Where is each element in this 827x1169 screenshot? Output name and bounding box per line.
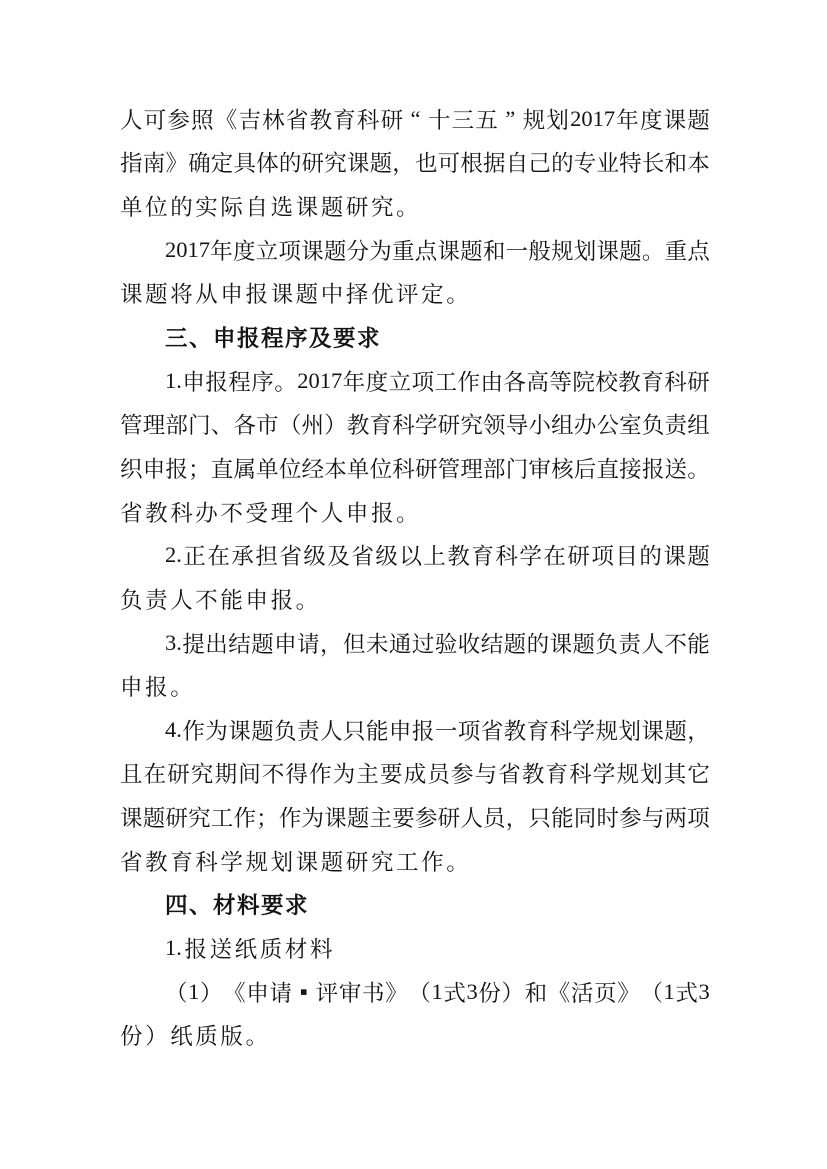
section-heading: 四、材料要求 — [120, 883, 710, 927]
text-line: 三、申报程序及要求 — [120, 315, 710, 359]
text-line: 管理部门、各市（州）教育科学研究领导小组办公室负责组 — [120, 402, 710, 446]
text-line: 单位的实际自选课题研究。 — [120, 184, 710, 228]
text-line: 省教科办不受理个人申报。 — [120, 490, 710, 534]
text-line: 3.提出结题申请，但未通过验收结题的课题负责人不能 — [120, 621, 710, 665]
text-line: 份）纸质版。 — [120, 1013, 710, 1057]
paragraph: 1.报送纸质材料 — [120, 926, 710, 970]
document-page-content: 人可参照《吉林省教育科研“十三五”规划2017年度课题指南》确定具体的研究课题，… — [120, 97, 710, 1057]
text-line: 课题将从申报课题中择优评定。 — [120, 272, 710, 316]
paragraph: 2.正在承担省级及省级以上教育科学在研项目的课题负责人不能申报。 — [120, 533, 710, 620]
text-line: 2.正在承担省级及省级以上教育科学在研项目的课题 — [120, 533, 710, 577]
paragraph: 2017年度立项课题分为重点课题和一般规划课题。重点课题将从申报课题中择优评定。 — [120, 228, 710, 315]
text-line: 且在研究期间不得作为主要成员参与省教育科学规划其它 — [120, 752, 710, 796]
text-line: 指南》确定具体的研究课题，也可根据自己的专业特长和本 — [120, 141, 710, 185]
text-line: 四、材料要求 — [120, 883, 710, 927]
paragraph: （1）《申请▪评审书》（1式3份）和《活页》（1式3份）纸质版。 — [120, 970, 710, 1057]
paragraph: 3.提出结题申请，但未通过验收结题的课题负责人不能申报。 — [120, 621, 710, 708]
text-line: 负责人不能申报。 — [120, 577, 710, 621]
text-line: 2017年度立项课题分为重点课题和一般规划课题。重点 — [120, 228, 710, 272]
text-line: 课题研究工作；作为课题主要参研人员，只能同时参与两项 — [120, 795, 710, 839]
text-line: 1.申报程序。2017年度立项工作由各高等院校教育科研 — [120, 359, 710, 403]
paragraph: 4.作为课题负责人只能申报一项省教育科学规划课题，且在研究期间不得作为主要成员参… — [120, 708, 710, 883]
document-page: 人可参照《吉林省教育科研“十三五”规划2017年度课题指南》确定具体的研究课题，… — [0, 0, 827, 1169]
text-line: 1.报送纸质材料 — [120, 926, 710, 970]
text-line: 申报。 — [120, 664, 710, 708]
text-line: （1）《申请▪评审书》（1式3份）和《活页》（1式3 — [120, 970, 710, 1014]
paragraph: 1.申报程序。2017年度立项工作由各高等院校教育科研管理部门、各市（州）教育科… — [120, 359, 710, 534]
text-line: 省教育科学规划课题研究工作。 — [120, 839, 710, 883]
text-line: 4.作为课题负责人只能申报一项省教育科学规划课题， — [120, 708, 710, 752]
section-heading: 三、申报程序及要求 — [120, 315, 710, 359]
paragraph: 人可参照《吉林省教育科研“十三五”规划2017年度课题指南》确定具体的研究课题，… — [120, 97, 710, 228]
text-line: 织申报；直属单位经本单位科研管理部门审核后直接报送。 — [120, 446, 710, 490]
text-line: 人可参照《吉林省教育科研“十三五”规划2017年度课题 — [120, 97, 710, 141]
